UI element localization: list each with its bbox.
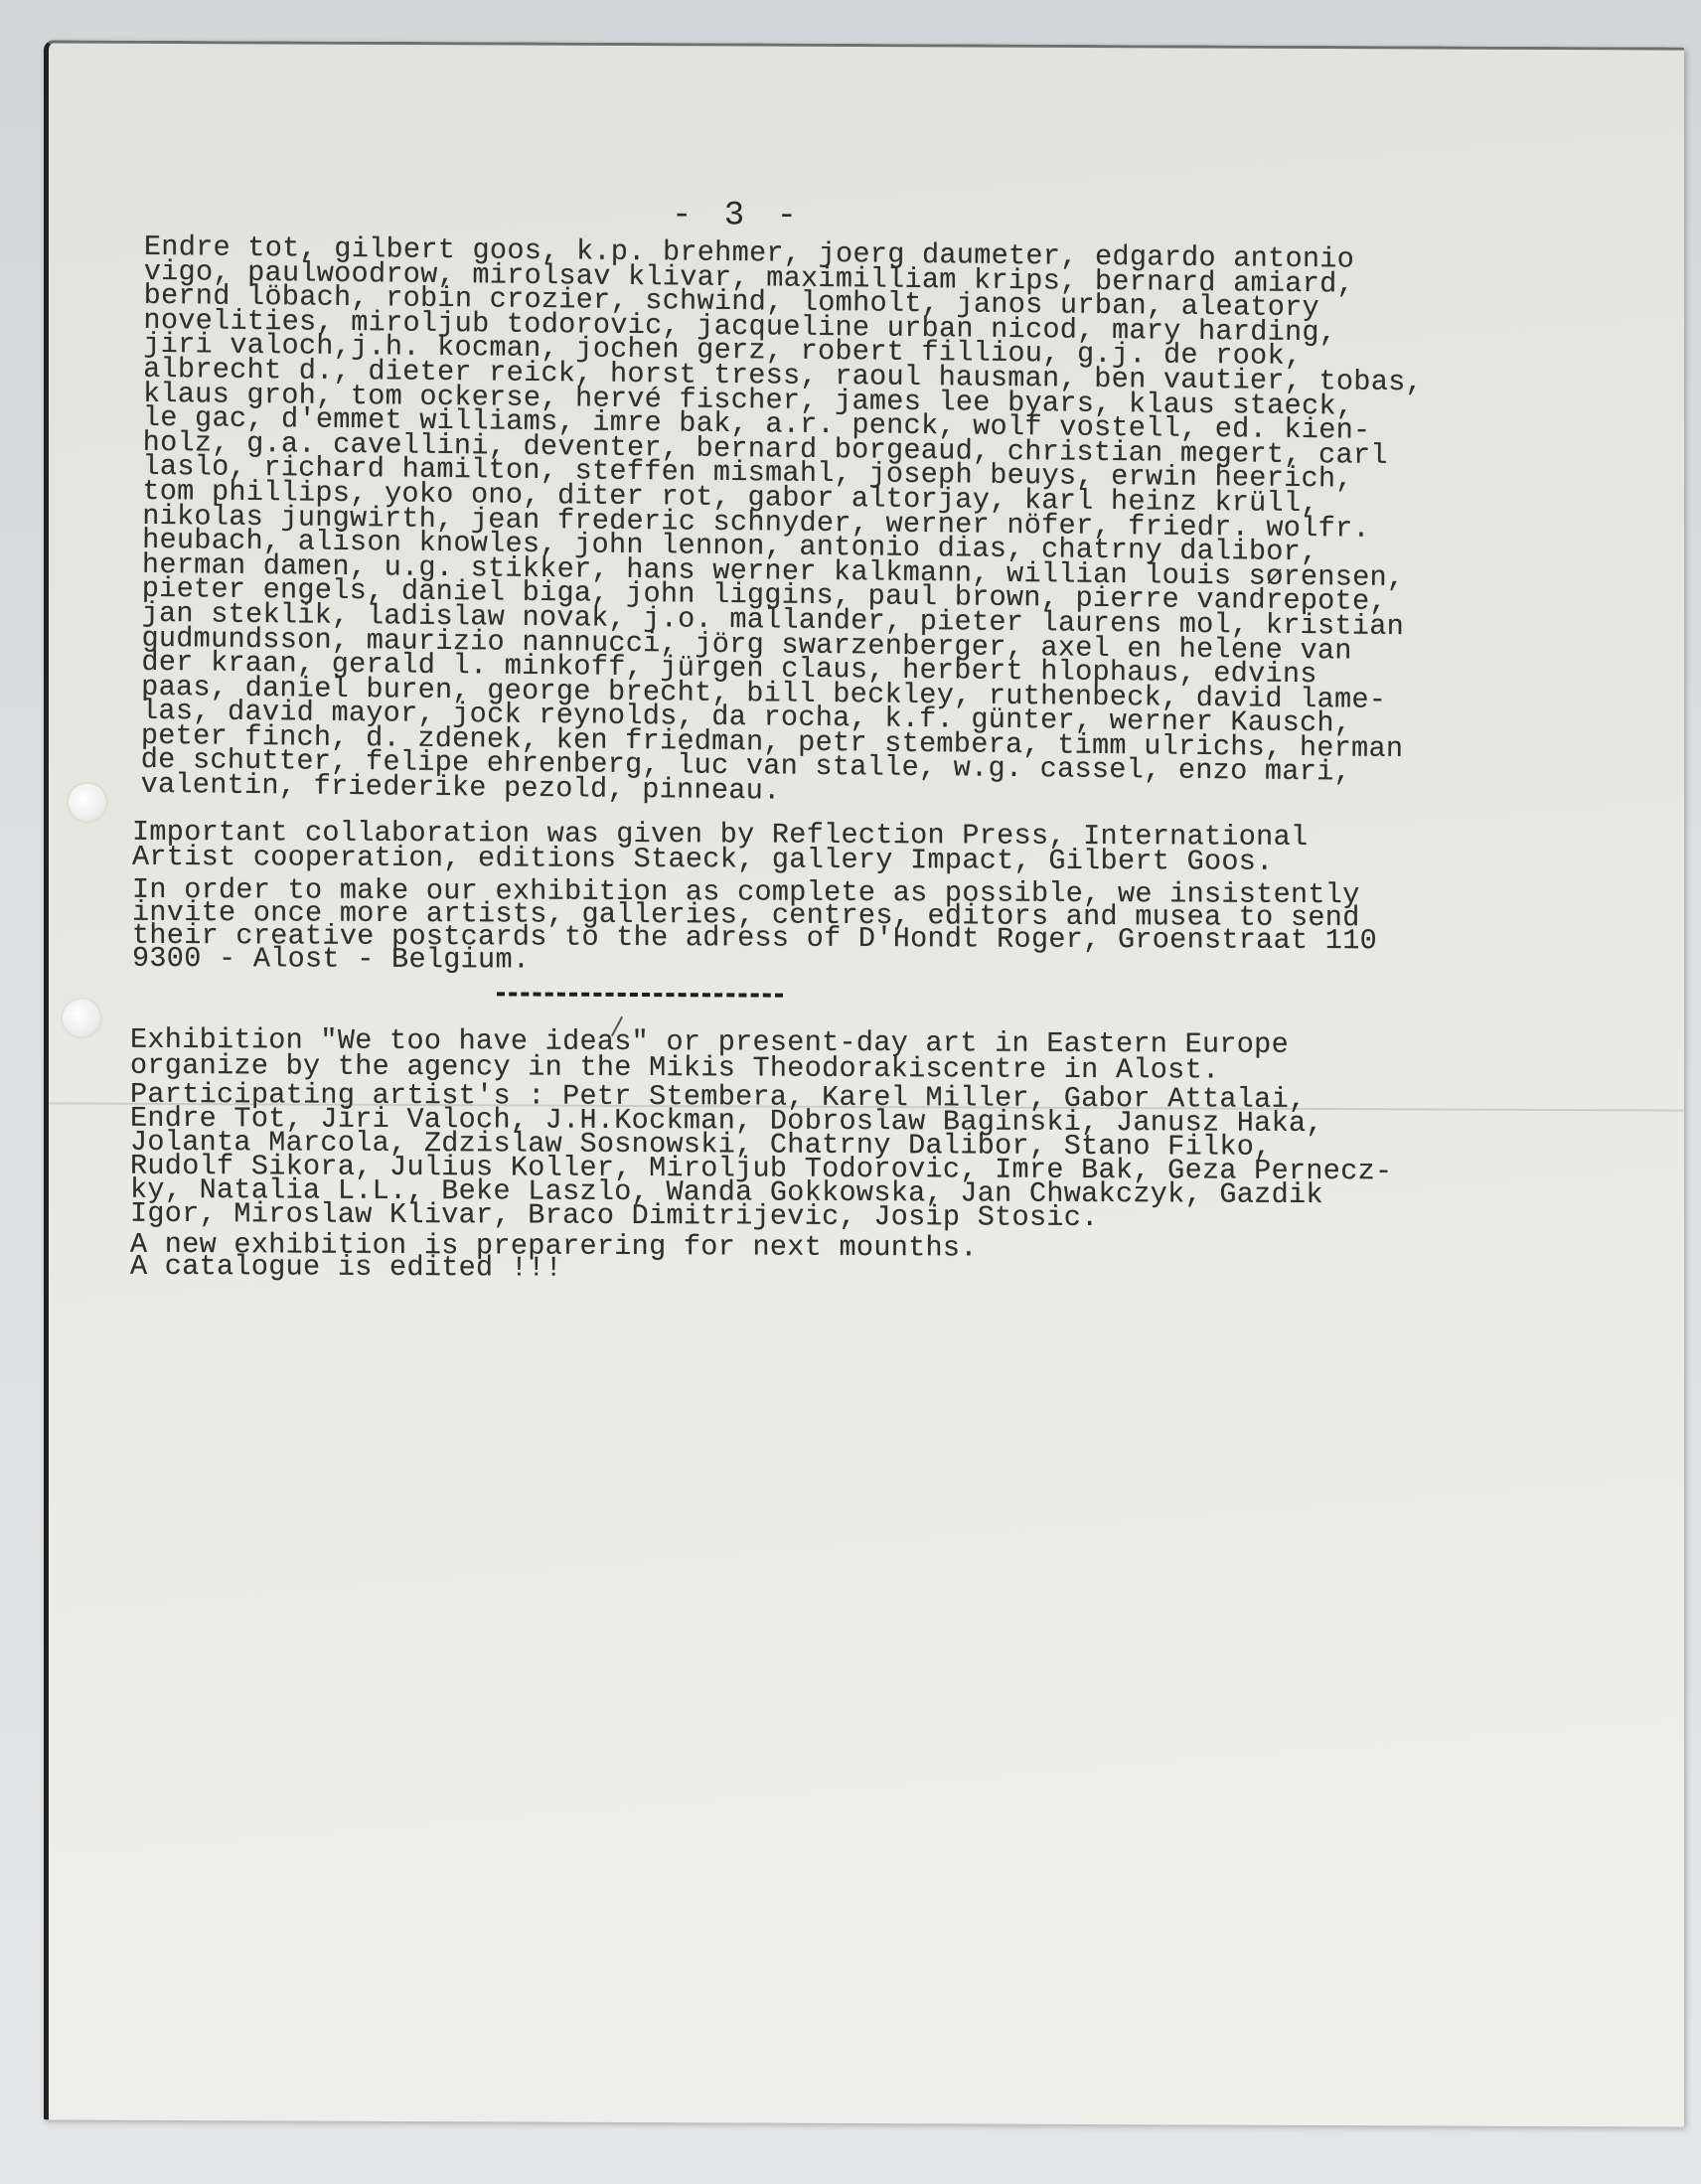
text-line: Artist cooperation, editions Staeck, gal… <box>132 845 1308 874</box>
invitation-paragraph: In order to make our exhibition as compl… <box>132 878 1377 975</box>
collaboration-paragraph: Important collaboration was given by Ref… <box>132 820 1308 874</box>
section-divider <box>497 992 783 997</box>
typewritten-page: - 3 - Endre tot, gilbert goos, k.p. breh… <box>44 40 1684 2126</box>
artist-list-paragraph: Endre tot, gilbert goos, k.p. brehmer, j… <box>141 235 1424 811</box>
exhibition-paragraph: Exhibition "We too have ideas" or presen… <box>130 1027 1289 1084</box>
closing-paragraph: A new exhibition is preparering for next… <box>130 1234 978 1282</box>
participants-paragraph: Participating artist's : Petr Stembera, … <box>130 1083 1392 1232</box>
page-content: - 3 - Endre tot, gilbert goos, k.p. breh… <box>49 43 1684 2126</box>
